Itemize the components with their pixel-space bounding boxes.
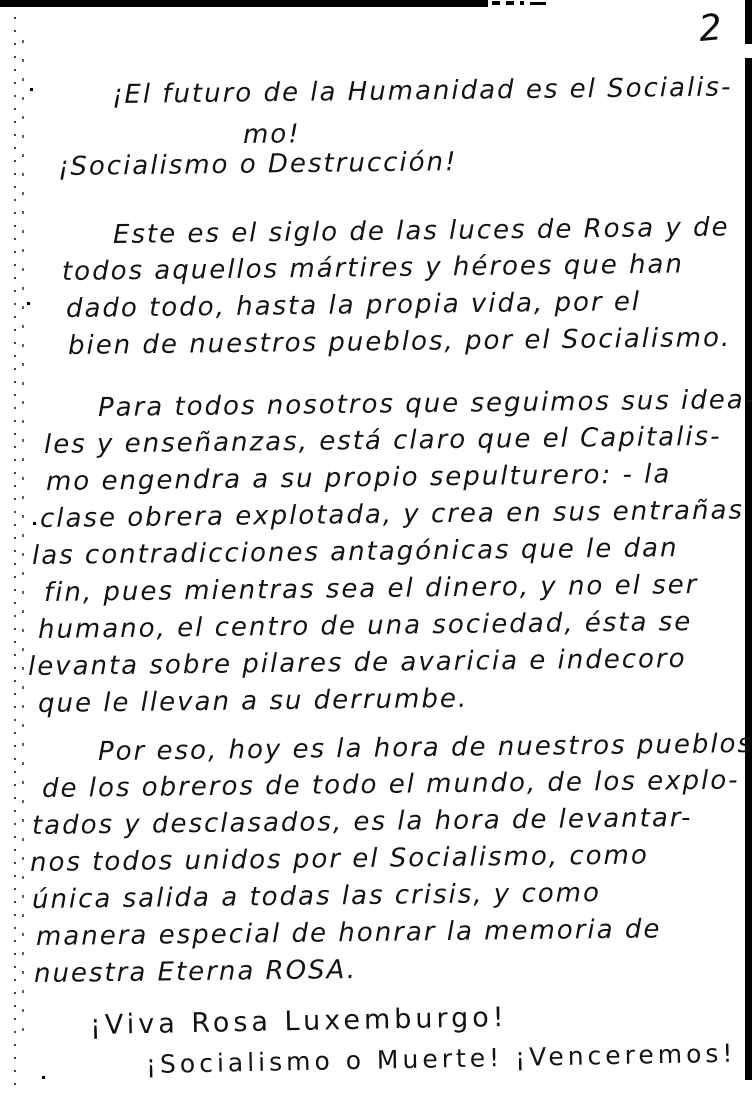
slogan-line: ¡El futuro de la Humanidad es el Sociali… [112, 72, 733, 111]
scan-artifact-left-dots [22, 40, 24, 1040]
slogan-line: mo! [243, 119, 301, 151]
scan-artifact-dot [33, 522, 36, 525]
handwriting-line: tados y desclasados, es la hora de levan… [32, 803, 693, 842]
handwriting-line: las contradicciones antagónicas que le d… [32, 533, 679, 572]
slogan-line: ¡Socialismo o Destrucción! [58, 147, 458, 183]
scan-artifact-top-bar [0, 0, 488, 7]
scan-artifact-dot [30, 88, 33, 91]
handwriting-line: Este es el siglo de las luces de Rosa y … [113, 212, 730, 251]
scan-artifact-top-bar-dashes [492, 1, 524, 5]
scan-artifact-dot [27, 302, 30, 305]
page-number: 2 [697, 7, 723, 50]
handwriting-line: que le llevan a su derrumbe. [38, 684, 469, 720]
handwriting-line: les y enseñanzas, está claro que el Capi… [44, 422, 722, 461]
handwriting-line: Por eso, hoy es la hora de nuestros pueb… [98, 729, 752, 768]
handwriting-line: nos todos unidos por el Socialismo, como [30, 840, 649, 879]
scan-artifact-dot [42, 1076, 45, 1079]
handwriting-line: única salida a todas las crisis, y como [32, 878, 601, 916]
handwriting-line: humano, el centro de una sociedad, ésta … [38, 607, 693, 646]
handwriting-line: nuestra Eterna ROSA. [34, 955, 357, 990]
scan-artifact-top-bar-dash [530, 2, 546, 5]
handwriting-line: levanta sobre pilares de avaricia e inde… [28, 644, 687, 683]
scan-artifact-right-bar [745, 0, 752, 1093]
scan-artifact-left-dots [14, 4, 16, 1089]
handwriting-line: todos aquellos mártires y héroes que han [62, 249, 684, 288]
scanned-letter-page: 2 ¡El futuro de la Humanidad es el Socia… [0, 0, 752, 1093]
handwriting-line: fin, pues mientras sea el dinero, y no e… [44, 570, 699, 609]
handwriting-line: dado todo, hasta la propia vida, por el [66, 287, 641, 325]
handwriting-line: manera especial de honrar la memoria de [36, 914, 662, 953]
handwriting-line: bien de nuestros pueblos, por el Sociali… [68, 323, 732, 362]
handwriting-line: clase obrera explotada, y crea en sus en… [40, 495, 744, 535]
handwriting-line: mo engendra a su propio sepulturero: - l… [46, 459, 672, 498]
closing-slogan-line: ¡Viva Rosa Luxemburgo! [90, 1002, 508, 1042]
handwriting-line: Para todos nosotros que seguimos sus ide… [98, 385, 752, 424]
closing-slogan-line: ¡Socialismo o Muerte! ¡Venceremos! [146, 1039, 737, 1080]
handwriting-line: de los obreros de todo el mundo, de los … [42, 765, 740, 805]
